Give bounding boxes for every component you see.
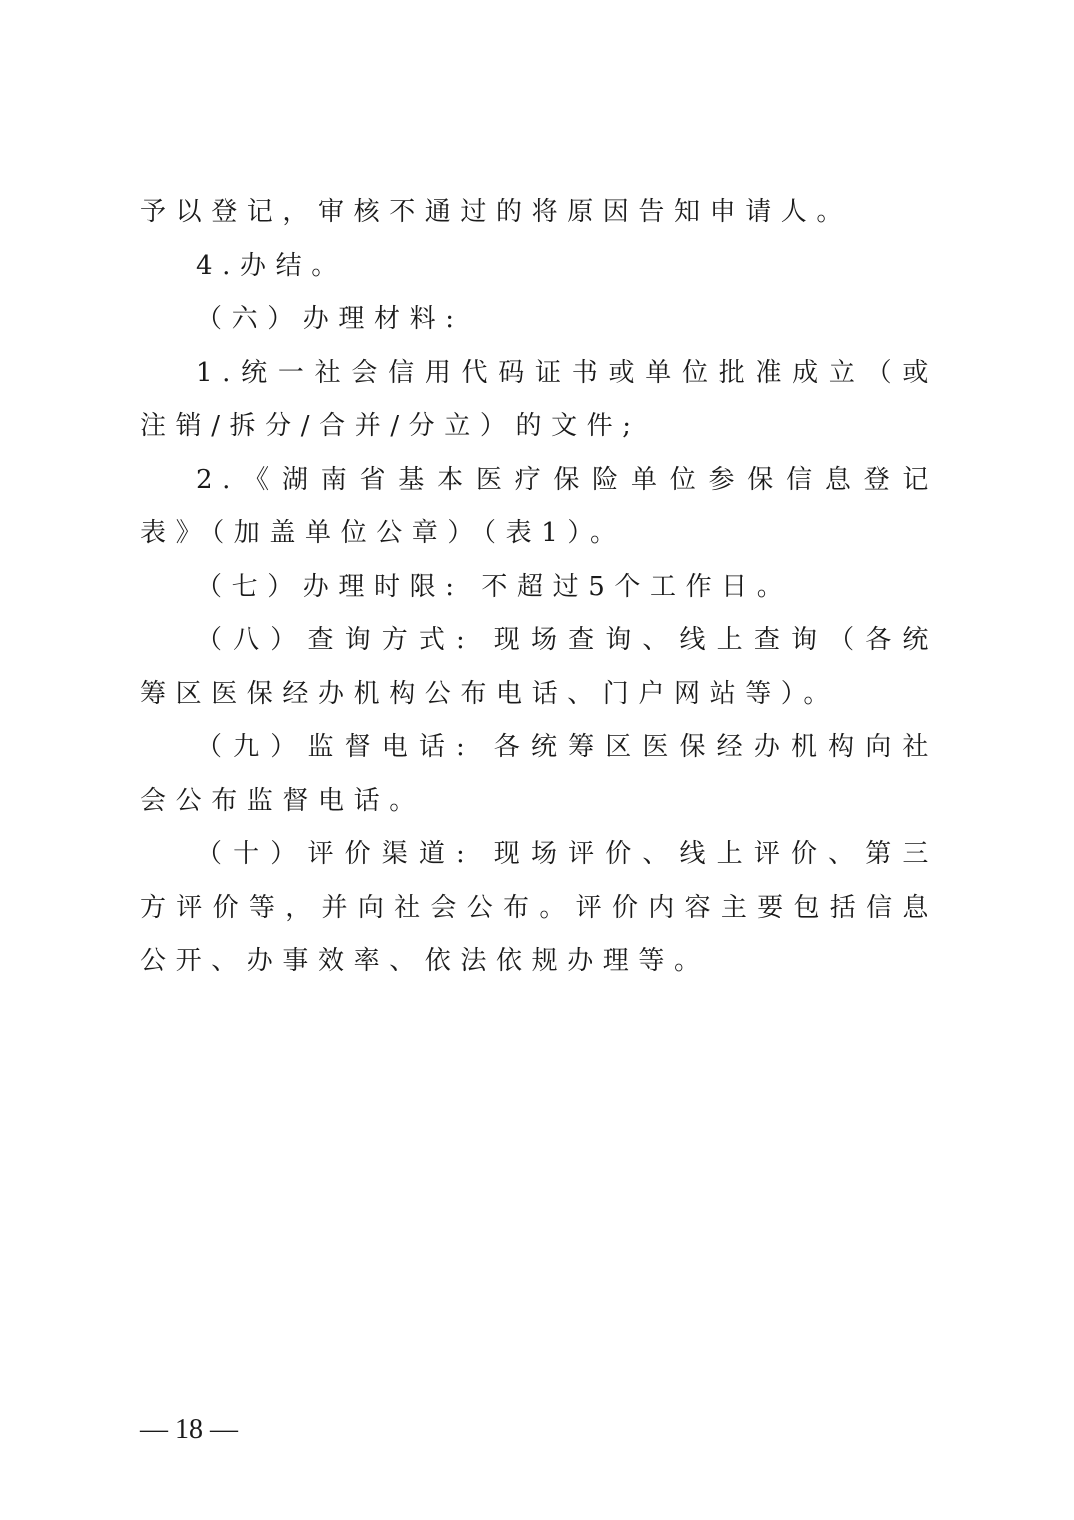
page-number: — 18 — xyxy=(140,1410,238,1450)
heading-required-materials: （六）办理材料: xyxy=(140,293,938,347)
paragraph-material-2: 2.《湖南省基本医疗保险单位参保信息登记表》（加盖单位公章）（表1）。 xyxy=(140,454,938,561)
paragraph-material-1: 1.统一社会信用代码证书或单位批准成立（或注销/拆分/合并/分立）的文件; xyxy=(140,347,938,454)
paragraph-processing-time-limit: （七）办理时限: 不超过5个工作日。 xyxy=(140,561,938,615)
paragraph-step-4-completion: 4.办结。 xyxy=(140,240,938,294)
paragraph-registration-result: 予以登记，审核不通过的将原因告知申请人。 xyxy=(140,186,938,240)
paragraph-evaluation-channel: （十）评价渠道: 现场评价、线上评价、第三方评价等，并向社会公布。评价内容主要包… xyxy=(140,828,938,989)
document-page-body: 予以登记，审核不通过的将原因告知申请人。 4.办结。 （六）办理材料: 1.统一… xyxy=(140,186,938,989)
paragraph-inquiry-method: （八）查询方式: 现场查询、线上查询（各统筹区医保经办机构公布电话、门户网站等）… xyxy=(140,614,938,721)
paragraph-supervision-phone: （九）监督电话: 各统筹区医保经办机构向社会公布监督电话。 xyxy=(140,721,938,828)
